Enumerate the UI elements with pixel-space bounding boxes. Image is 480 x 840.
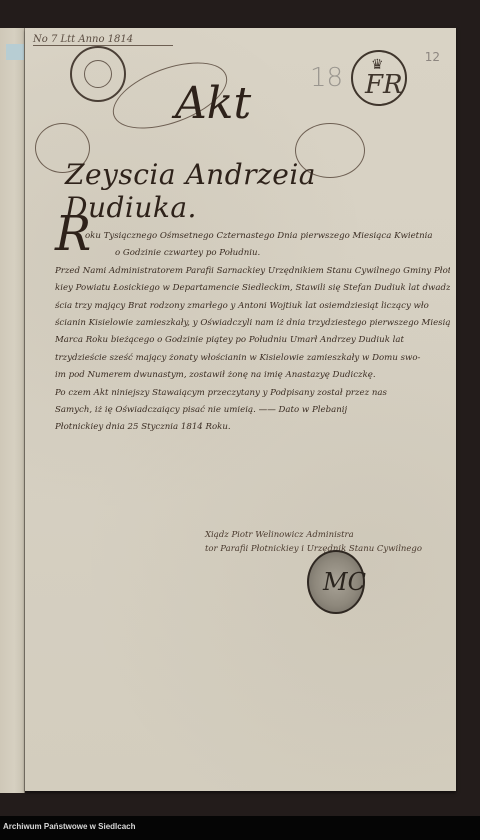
- text-line: im pod Numerem dwunastym, zostawił żonę …: [55, 367, 450, 384]
- text-line: o Godzinie czwartey po Południu.: [55, 245, 450, 262]
- stamp-inner-ring: [84, 60, 112, 88]
- document-title: Akt: [175, 78, 251, 129]
- pencil-mark: 18: [310, 63, 343, 93]
- text-line: Przed Nami Administratorem Parafii Sarna…: [55, 263, 450, 280]
- document-body: oku Tysiącznego Ośmsetnego Czternastego …: [55, 228, 450, 437]
- header-note: No 7 Ltt Anno 1814: [33, 34, 173, 46]
- crown-monogram-stamp-icon: ♛ FR: [351, 50, 407, 106]
- text-line: oku Tysiącznego Ośmsetnego Czternastego …: [55, 228, 450, 245]
- document-page: No 7 Ltt Anno 1814 12 18 ♛ FR Akt Zeysci…: [25, 28, 456, 791]
- circular-stamp-icon: [70, 46, 126, 102]
- text-line: Marca Roku bieżącego o Godzinie piątey p…: [55, 332, 450, 349]
- seal-monogram: MC: [323, 568, 366, 596]
- document-viewer: No 7 Ltt Anno 1814 12 18 ♛ FR Akt Zeysci…: [0, 0, 480, 816]
- stamp-monogram: FR: [365, 70, 403, 100]
- text-line: ścianin Kisielowie zamieszkały, y Oświad…: [55, 315, 450, 332]
- text-line: Samych, iż ię Oświadczaiący pisać nie um…: [55, 402, 450, 419]
- archive-caption: Archiwum Państwowe w Siedlcach: [0, 816, 480, 840]
- document-subtitle: Zeyscia Andrzeia Dudiuka.: [65, 158, 456, 224]
- page-number: 12: [425, 50, 440, 64]
- text-line: Płotnickiey dnia 25 Stycznia 1814 Roku.: [55, 419, 450, 436]
- left-binding-page: [0, 28, 25, 793]
- signature-line: Xiądz Piotr Welinowicz Administra: [205, 528, 445, 542]
- text-line: ścia trzy mający Brat rodzony zmarłego y…: [55, 298, 450, 315]
- blind-seal-icon: MC: [307, 550, 365, 614]
- text-line: Po czem Akt niniejszy Stawaiącym przeczy…: [55, 385, 450, 402]
- text-line: trzydzieście sześć mający żonaty włościa…: [55, 350, 450, 367]
- text-line: kiey Powiatu Łosickiego w Departamencie …: [55, 280, 450, 297]
- page-tab-marker: [6, 44, 24, 60]
